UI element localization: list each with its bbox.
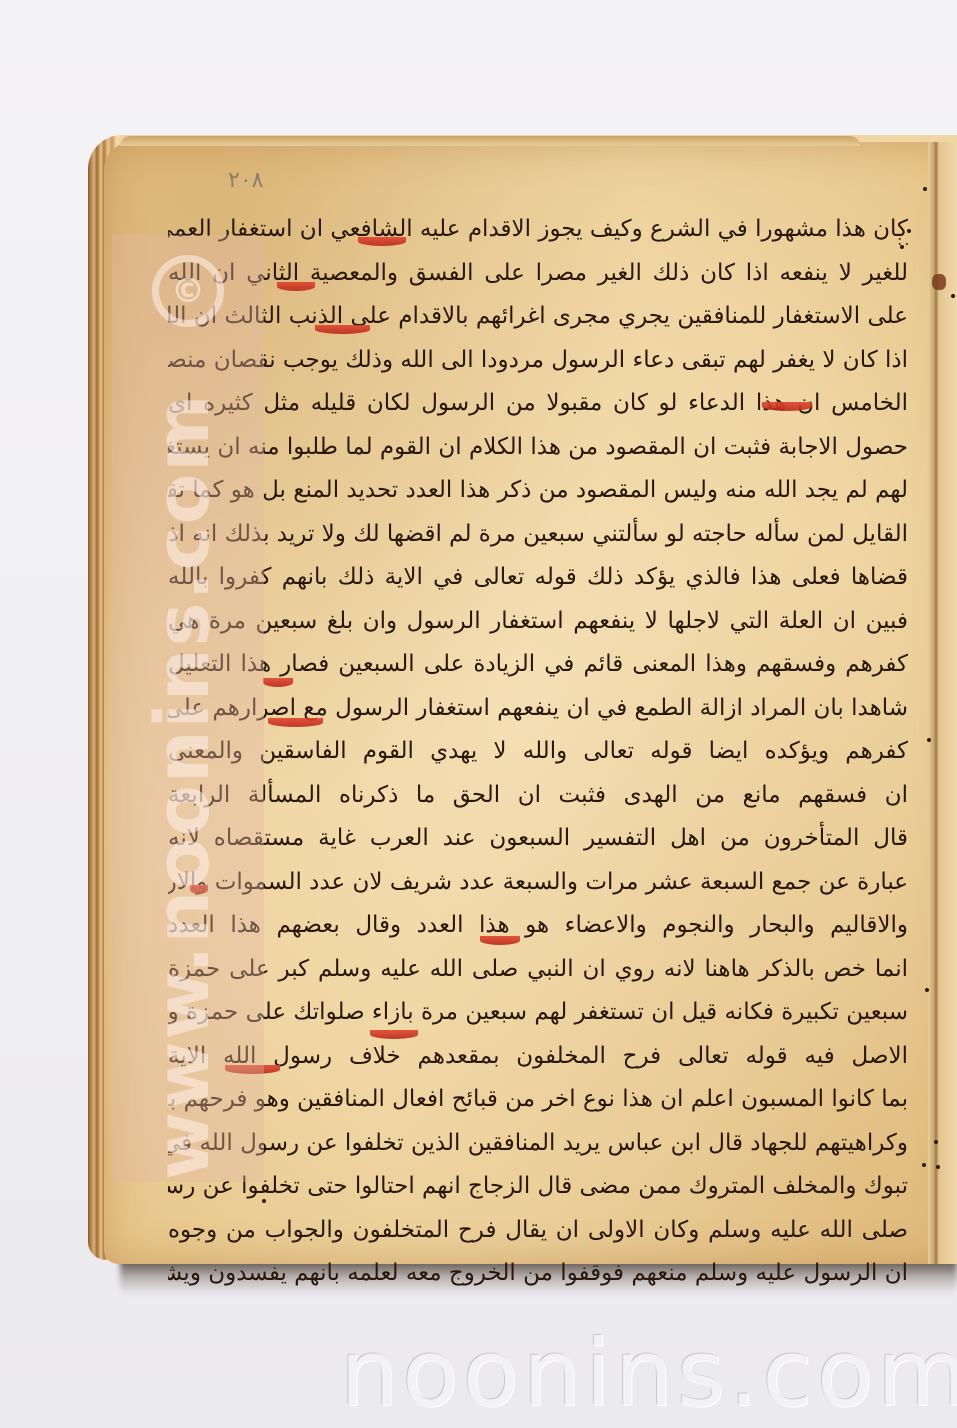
text-line: فبين ان العلة التي لاجلها لا ينفعهم استغ… <box>168 600 908 644</box>
watermark-vertical: www.noonins.com <box>140 392 226 1180</box>
rubric-mark <box>277 282 315 291</box>
rubric-mark <box>370 1030 418 1039</box>
text-line: قضاها فعلى هذا فالذي يؤكد ذلك قوله تعالى… <box>168 556 908 600</box>
watermark-bottom: noonins.com <box>340 1320 957 1427</box>
ink-speck <box>934 1140 938 1144</box>
page-top-edge <box>120 136 860 146</box>
binding-gutter <box>928 142 957 1264</box>
ink-speck <box>922 1163 926 1167</box>
text-line: حصول الاجابة فثبت ان المقصود من هذا الكل… <box>168 426 908 470</box>
ink-speck <box>923 187 927 191</box>
text-line: ان الرسول عليه وسلم منعهم فوقفوا من الخر… <box>168 1252 908 1296</box>
text-line: القايل لمن سأله حاجته لو سألتني سبعين مر… <box>168 513 908 557</box>
text-line: انما خص بالذكر هاهنا لانه روي ان النبي ص… <box>168 948 908 992</box>
rubric-mark <box>268 718 323 727</box>
text-line: كفرهم ويؤكده ايضا قوله تعالى والله لا يه… <box>168 730 908 774</box>
text-line: صلى الله عليه وسلم وكان الاولى ان يقال ف… <box>168 1209 908 1253</box>
text-line: والاقاليم والبحار والنجوم والاعضاء هو هذ… <box>168 904 908 948</box>
copyright-icon: © <box>152 255 224 327</box>
rubric-mark <box>480 936 520 945</box>
text-line: وكراهيتهم للجهاد قال ابن عباس يريد المنا… <box>168 1122 908 1166</box>
text-line: ان فسقهم مانع من الهدى فثبت ان الحق ما ذ… <box>168 774 908 818</box>
text-line: تبوك والمخلف المتروك ممن مضى قال الزجاج … <box>168 1165 908 1209</box>
text-line: كان هذا مشهورا في الشرع وكيف يجوز الاقدا… <box>168 208 908 252</box>
folio-number: ٢٠٨ <box>228 168 263 193</box>
rubric-mark <box>263 678 293 687</box>
ink-speck <box>951 294 955 298</box>
rubric-mark <box>762 402 812 411</box>
rubric-mark <box>315 325 370 334</box>
ink-speck <box>936 1165 940 1169</box>
manuscript-photo: :. ٢٠٨ كان هذا مشهورا في الشرع وكيف يجوز… <box>0 0 957 1428</box>
text-line: لهم لم يجد الله منه وليس المقصود من ذكر … <box>168 469 908 513</box>
text-line: عبارة عن جمع السبعة عشر مرات والسبعة عدد… <box>168 861 908 905</box>
rubric-mark <box>358 237 406 246</box>
text-line: اذا كان لا يغفر لهم تبقى دعاء الرسول مرد… <box>168 339 908 383</box>
manuscript-text: كان هذا مشهورا في الشرع وكيف يجوز الاقدا… <box>168 208 908 1296</box>
text-line: الاصل فيه قوله تعالى فرح المخلفون بمقعده… <box>168 1035 908 1079</box>
ink-speck <box>925 988 929 992</box>
text-line: سبعين تكبيرة فكانه قيل ان تستغفر لهم سبع… <box>168 991 908 1035</box>
text-line: بما كانوا المسبون اعلم ان هذا نوع اخر من… <box>168 1078 908 1122</box>
text-line: قال المتأخرون من اهل التفسير السبعون عند… <box>168 817 908 861</box>
ink-speck <box>927 738 931 742</box>
text-line: على الاستغفار للمنافقين يجري مجرى اغرائه… <box>168 295 908 339</box>
paper-stain <box>932 274 946 290</box>
